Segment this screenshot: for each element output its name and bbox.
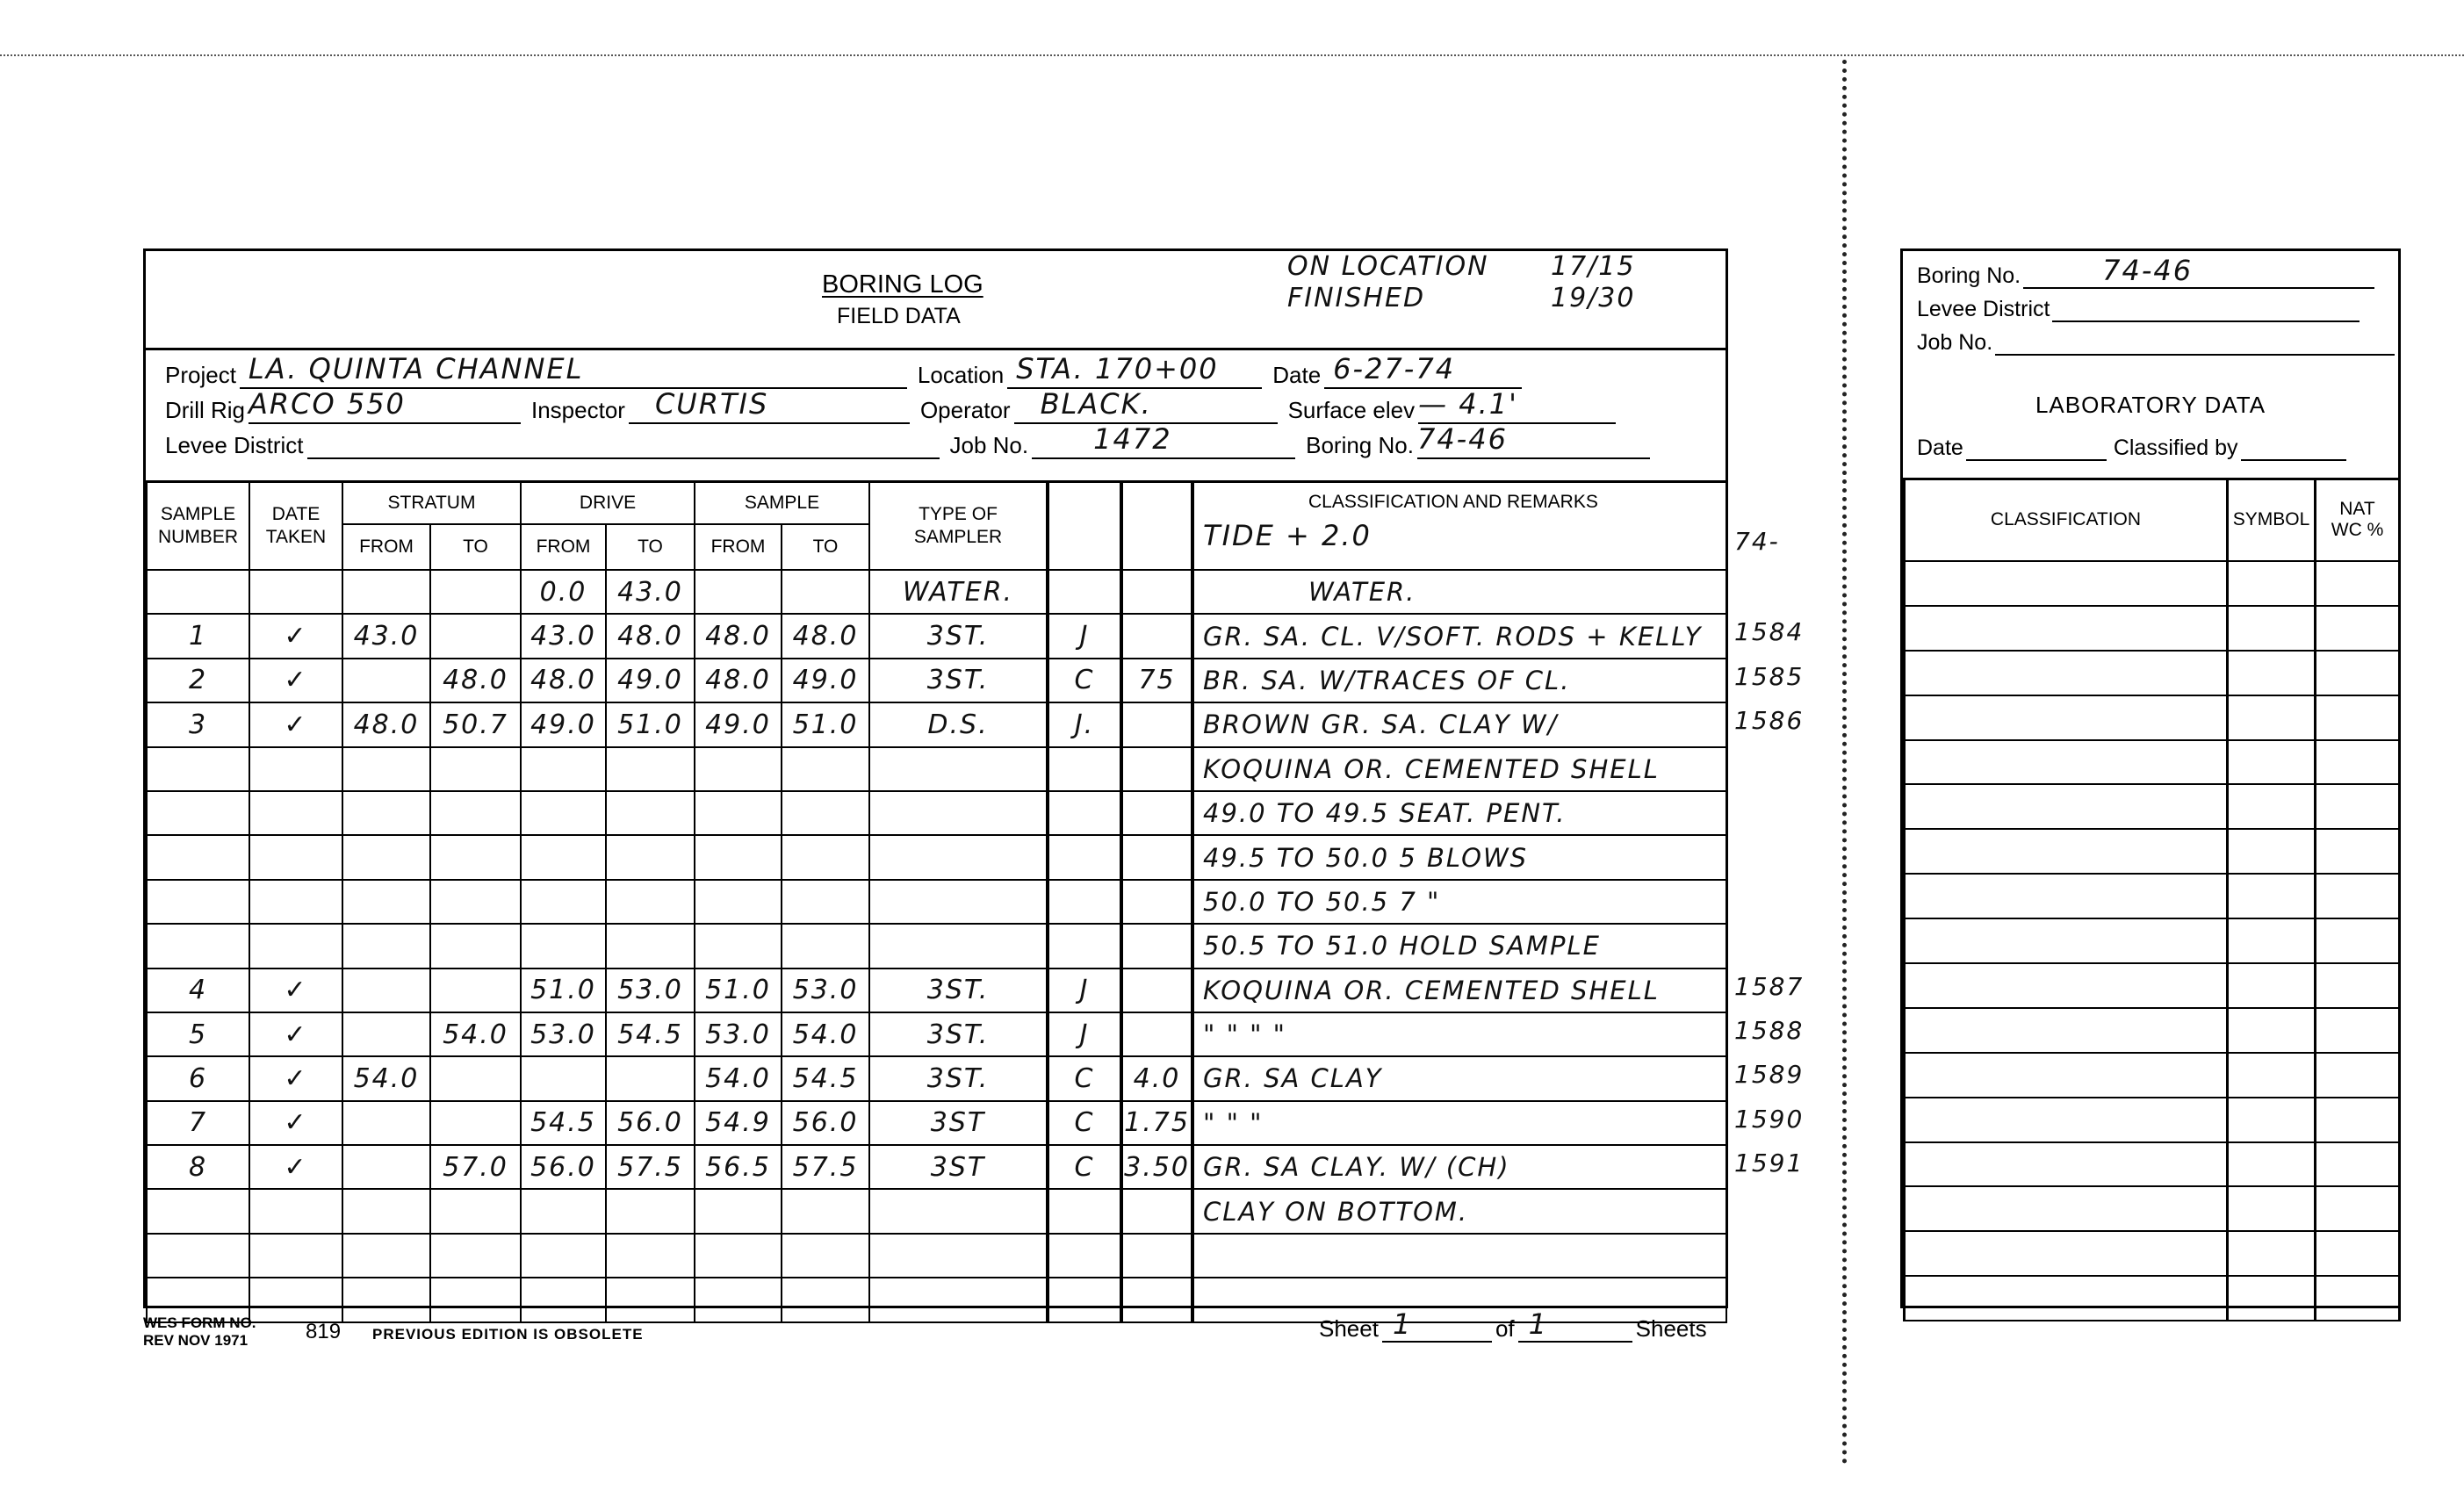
table-row: 8✓57.056.057.556.557.53STC3.50GR. SA CLA… bbox=[147, 1145, 1726, 1189]
cell-sample-number[interactable] bbox=[147, 835, 249, 879]
cell-stratum-to[interactable] bbox=[430, 880, 521, 924]
cell-sampler-type[interactable]: 3ST. bbox=[869, 1012, 1048, 1056]
cell-extra-value[interactable]: 3.50 bbox=[1121, 1145, 1192, 1189]
cell-stratum-to[interactable] bbox=[430, 570, 521, 614]
cell-sample-from[interactable] bbox=[695, 1189, 782, 1233]
lab-table-row bbox=[1905, 918, 2400, 963]
cell-sample-from[interactable] bbox=[695, 1278, 782, 1321]
cell-lab-symbol[interactable] bbox=[2228, 1186, 2316, 1231]
cell-extra-value[interactable] bbox=[1121, 747, 1192, 791]
cell-drive-to[interactable] bbox=[606, 924, 695, 968]
cell-sampler-type[interactable]: 3ST. bbox=[869, 969, 1048, 1012]
cell-date-taken[interactable] bbox=[249, 791, 342, 835]
cell-lab-classification[interactable] bbox=[1905, 829, 2228, 874]
lab-classified-by-field[interactable] bbox=[2241, 436, 2346, 461]
cell-sampler-type[interactable] bbox=[869, 1278, 1048, 1321]
cell-drive-from[interactable]: 51.0 bbox=[521, 969, 606, 1012]
cell-classification-remarks[interactable]: GR. SA. CL. V/SOFT. RODS + KELLY bbox=[1192, 614, 1726, 658]
cell-sampler-type[interactable] bbox=[869, 880, 1048, 924]
job-no-field[interactable]: Job No. 1472 bbox=[950, 429, 1296, 459]
cell-stratum-from[interactable] bbox=[342, 747, 430, 791]
cell-lab-symbol[interactable] bbox=[2228, 1142, 2316, 1187]
cell-lab-classification[interactable] bbox=[1905, 561, 2228, 606]
cell-sample-number[interactable]: 5 bbox=[147, 1012, 249, 1056]
cell-extra-value[interactable]: 1.75 bbox=[1121, 1101, 1192, 1145]
cell-classification-remarks[interactable]: GR. SA CLAY. W/ (CH) bbox=[1192, 1145, 1726, 1189]
cell-sample-from[interactable] bbox=[695, 880, 782, 924]
cell-drive-from[interactable] bbox=[521, 747, 606, 791]
cell-sample-from[interactable] bbox=[695, 835, 782, 879]
cell-sample-number[interactable] bbox=[147, 1234, 249, 1278]
cell-classification-remarks[interactable]: " " " " bbox=[1192, 1012, 1726, 1056]
cell-sample-from[interactable]: 48.0 bbox=[695, 614, 782, 658]
cell-sample-to[interactable] bbox=[782, 570, 869, 614]
cell-stratum-to[interactable] bbox=[430, 969, 521, 1012]
cell-sample-to[interactable] bbox=[782, 924, 869, 968]
cell-stratum-from[interactable]: 54.0 bbox=[342, 1056, 430, 1100]
cell-sampler-code[interactable]: C bbox=[1048, 1101, 1121, 1145]
cell-extra-value[interactable] bbox=[1121, 880, 1192, 924]
cell-drive-to[interactable] bbox=[606, 880, 695, 924]
cell-drive-to[interactable] bbox=[606, 747, 695, 791]
cell-sample-number[interactable] bbox=[147, 791, 249, 835]
cell-lab-classification[interactable] bbox=[1905, 874, 2228, 918]
cell-sample-to[interactable]: 53.0 bbox=[782, 969, 869, 1012]
cell-sample-from[interactable]: 48.0 bbox=[695, 659, 782, 702]
cell-lab-nat-wc[interactable] bbox=[2316, 1231, 2400, 1276]
cell-sample-from[interactable]: 54.0 bbox=[695, 1056, 782, 1100]
cell-date-taken[interactable] bbox=[249, 835, 342, 879]
cell-lab-symbol[interactable] bbox=[2228, 963, 2316, 1008]
cell-sampler-code[interactable] bbox=[1048, 570, 1121, 614]
cell-lab-classification[interactable] bbox=[1905, 1053, 2228, 1098]
cell-lab-symbol[interactable] bbox=[2228, 1008, 2316, 1053]
cell-sampler-type[interactable]: 3ST. bbox=[869, 1056, 1048, 1100]
cell-sample-to[interactable]: 51.0 bbox=[782, 702, 869, 746]
cell-sample-from[interactable] bbox=[695, 924, 782, 968]
lab-classified-by-label: Classified by bbox=[2114, 436, 2238, 461]
cell-drive-from[interactable]: 56.0 bbox=[521, 1145, 606, 1189]
cell-extra-value[interactable] bbox=[1121, 924, 1192, 968]
cell-lab-nat-wc[interactable] bbox=[2316, 1008, 2400, 1053]
sample-id-note: 1584 bbox=[1734, 617, 1804, 646]
cell-stratum-to[interactable]: 54.0 bbox=[430, 1012, 521, 1056]
cell-extra-value[interactable] bbox=[1121, 791, 1192, 835]
cell-stratum-to[interactable] bbox=[430, 835, 521, 879]
cell-lab-symbol[interactable] bbox=[2228, 740, 2316, 785]
cell-drive-from[interactable] bbox=[521, 791, 606, 835]
cell-lab-classification[interactable] bbox=[1905, 740, 2228, 785]
cell-date-taken[interactable] bbox=[249, 1278, 342, 1321]
cell-sample-to[interactable] bbox=[782, 791, 869, 835]
cell-lab-symbol[interactable] bbox=[2228, 1098, 2316, 1142]
cell-sample-number[interactable] bbox=[147, 570, 249, 614]
cell-sampler-type[interactable]: 3ST bbox=[869, 1145, 1048, 1189]
cell-lab-symbol[interactable] bbox=[2228, 695, 2316, 740]
classification-remarks-label: CLASSIFICATION AND REMARKS bbox=[1308, 491, 1598, 514]
cell-lab-nat-wc[interactable] bbox=[2316, 1142, 2400, 1187]
cell-sample-number[interactable] bbox=[147, 924, 249, 968]
cell-drive-from[interactable]: 43.0 bbox=[521, 614, 606, 658]
cell-sample-number[interactable]: 8 bbox=[147, 1145, 249, 1189]
cell-lab-classification[interactable] bbox=[1905, 651, 2228, 695]
cell-drive-from[interactable]: 48.0 bbox=[521, 659, 606, 702]
cell-stratum-from[interactable] bbox=[342, 1012, 430, 1056]
operator-field[interactable]: Operator BLACK. bbox=[920, 394, 1278, 424]
cell-stratum-from[interactable] bbox=[342, 791, 430, 835]
cell-sample-from[interactable]: 56.5 bbox=[695, 1145, 782, 1189]
cell-sampler-code[interactable]: C bbox=[1048, 659, 1121, 702]
cell-lab-classification[interactable] bbox=[1905, 606, 2228, 651]
cell-lab-nat-wc[interactable] bbox=[2316, 1098, 2400, 1142]
lab-job-no-field[interactable]: Job No. bbox=[1917, 330, 2395, 356]
cell-lab-symbol[interactable] bbox=[2228, 1276, 2316, 1321]
inspector-label: Inspector bbox=[531, 397, 625, 424]
cell-sample-to[interactable] bbox=[782, 1234, 869, 1278]
cell-sample-number[interactable]: 6 bbox=[147, 1056, 249, 1100]
cell-stratum-to[interactable] bbox=[430, 1101, 521, 1145]
col-date-taken: DATE TAKEN bbox=[249, 481, 342, 570]
cell-sample-from[interactable]: 54.9 bbox=[695, 1101, 782, 1145]
cell-lab-classification[interactable] bbox=[1905, 918, 2228, 963]
date-field[interactable]: Date 6-27-74 bbox=[1272, 359, 1522, 389]
cell-stratum-from[interactable] bbox=[342, 1234, 430, 1278]
cell-stratum-from[interactable] bbox=[342, 659, 430, 702]
cell-sampler-code[interactable]: J. bbox=[1048, 702, 1121, 746]
levee-district-field[interactable]: Levee District bbox=[165, 429, 940, 459]
levee-district-label: Levee District bbox=[165, 432, 304, 459]
cell-stratum-from[interactable]: 48.0 bbox=[342, 702, 430, 746]
cell-lab-classification[interactable] bbox=[1905, 1098, 2228, 1142]
cell-lab-symbol[interactable] bbox=[2228, 606, 2316, 651]
cell-sample-number[interactable]: 4 bbox=[147, 969, 249, 1012]
cell-stratum-from[interactable] bbox=[342, 835, 430, 879]
cell-stratum-from[interactable] bbox=[342, 1189, 430, 1233]
cell-stratum-to[interactable] bbox=[430, 1278, 521, 1321]
cell-sampler-code[interactable] bbox=[1048, 1234, 1121, 1278]
cell-date-taken[interactable] bbox=[249, 880, 342, 924]
cell-sampler-code[interactable] bbox=[1048, 791, 1121, 835]
cell-classification-remarks[interactable]: GR. SA CLAY bbox=[1192, 1056, 1726, 1100]
cell-lab-nat-wc[interactable] bbox=[2316, 1186, 2400, 1231]
cell-lab-symbol[interactable] bbox=[2228, 829, 2316, 874]
cell-lab-nat-wc[interactable] bbox=[2316, 561, 2400, 606]
cell-sample-number[interactable] bbox=[147, 880, 249, 924]
cell-sample-to[interactable] bbox=[782, 1278, 869, 1321]
lab-date-field[interactable] bbox=[1966, 436, 2107, 461]
cell-sample-number[interactable] bbox=[147, 747, 249, 791]
cell-stratum-to[interactable] bbox=[430, 1234, 521, 1278]
operator-value: BLACK. bbox=[1041, 387, 1152, 421]
cell-sample-number[interactable]: 3 bbox=[147, 702, 249, 746]
cell-classification-remarks[interactable]: 49.5 TO 50.0 5 BLOWS bbox=[1192, 835, 1726, 879]
cell-lab-classification[interactable] bbox=[1905, 963, 2228, 1008]
cell-sample-from[interactable]: 51.0 bbox=[695, 969, 782, 1012]
cell-date-taken[interactable]: ✓ bbox=[249, 1101, 342, 1145]
cell-extra-value[interactable] bbox=[1121, 1189, 1192, 1233]
cell-sampler-type[interactable]: WATER. bbox=[869, 570, 1048, 614]
boring-no-label: Boring No. bbox=[1306, 432, 1414, 459]
cell-date-taken[interactable]: ✓ bbox=[249, 969, 342, 1012]
cell-drive-from[interactable]: 54.5 bbox=[521, 1101, 606, 1145]
form-no-label: WES FORM NO. bbox=[143, 1314, 256, 1332]
cell-sampler-code[interactable] bbox=[1048, 835, 1121, 879]
cell-date-taken[interactable] bbox=[249, 924, 342, 968]
cell-drive-to[interactable]: 43.0 bbox=[606, 570, 695, 614]
cell-extra-value[interactable]: 75 bbox=[1121, 659, 1192, 702]
cell-sampler-code[interactable]: J bbox=[1048, 614, 1121, 658]
cell-sample-from[interactable] bbox=[695, 747, 782, 791]
cell-sample-number[interactable]: 2 bbox=[147, 659, 249, 702]
cell-drive-to[interactable]: 54.5 bbox=[606, 1012, 695, 1056]
col-type-of-sampler: TYPE OF SAMPLER bbox=[869, 481, 1048, 570]
cell-sample-from[interactable] bbox=[695, 791, 782, 835]
date-label: Date bbox=[1272, 362, 1321, 389]
boring-no-field[interactable]: Boring No. 74-46 bbox=[1306, 429, 1650, 459]
cell-sample-number[interactable]: 7 bbox=[147, 1101, 249, 1145]
cell-extra-value[interactable] bbox=[1121, 614, 1192, 658]
cell-drive-to[interactable]: 57.5 bbox=[606, 1145, 695, 1189]
cell-extra-value[interactable] bbox=[1121, 835, 1192, 879]
cell-stratum-to[interactable] bbox=[430, 747, 521, 791]
cell-sampler-code[interactable]: C bbox=[1048, 1145, 1121, 1189]
cell-drive-from[interactable] bbox=[521, 1189, 606, 1233]
cell-sampler-type[interactable]: 3ST. bbox=[869, 659, 1048, 702]
total-sheets-value[interactable]: 1 bbox=[1529, 1307, 1548, 1341]
cell-extra-value[interactable] bbox=[1121, 1278, 1192, 1321]
cell-extra-value[interactable] bbox=[1121, 1012, 1192, 1056]
lab-boring-no-label: Boring No. bbox=[1917, 263, 2021, 289]
cell-sampler-type[interactable]: 3ST. bbox=[869, 614, 1048, 658]
cell-lab-symbol[interactable] bbox=[2228, 1053, 2316, 1098]
cell-lab-classification[interactable] bbox=[1905, 695, 2228, 740]
cell-drive-to[interactable]: 56.0 bbox=[606, 1101, 695, 1145]
cell-drive-to[interactable] bbox=[606, 791, 695, 835]
cell-date-taken[interactable]: ✓ bbox=[249, 1145, 342, 1189]
cell-stratum-to[interactable]: 48.0 bbox=[430, 659, 521, 702]
cell-lab-nat-wc[interactable] bbox=[2316, 606, 2400, 651]
cell-stratum-to[interactable] bbox=[430, 791, 521, 835]
cell-sample-to[interactable] bbox=[782, 1189, 869, 1233]
cell-sample-number[interactable]: 1 bbox=[147, 614, 249, 658]
cell-stratum-from[interactable] bbox=[342, 924, 430, 968]
lab-job-no-label: Job No. bbox=[1917, 330, 1992, 356]
cell-sample-to[interactable] bbox=[782, 835, 869, 879]
cell-lab-nat-wc[interactable] bbox=[2316, 695, 2400, 740]
cell-classification-remarks[interactable]: 50.5 TO 51.0 HOLD SAMPLE bbox=[1192, 924, 1726, 968]
cell-classification-remarks[interactable]: KOQUINA OR. CEMENTED SHELL bbox=[1192, 969, 1726, 1012]
cell-sample-to[interactable]: 48.0 bbox=[782, 614, 869, 658]
cell-lab-symbol[interactable] bbox=[2228, 874, 2316, 918]
cell-sample-to[interactable]: 57.5 bbox=[782, 1145, 869, 1189]
cell-lab-nat-wc[interactable] bbox=[2316, 784, 2400, 829]
cell-stratum-to[interactable] bbox=[430, 924, 521, 968]
finished-time: 19/30 bbox=[1551, 283, 1635, 314]
cell-classification-remarks[interactable]: KOQUINA OR. CEMENTED SHELL bbox=[1192, 747, 1726, 791]
cell-stratum-to[interactable] bbox=[430, 1189, 521, 1233]
cell-drive-from[interactable]: 53.0 bbox=[521, 1012, 606, 1056]
cell-stratum-from[interactable]: 43.0 bbox=[342, 614, 430, 658]
on-location-time: 17/15 bbox=[1551, 251, 1635, 283]
project-label: Project bbox=[165, 362, 236, 389]
cell-extra-value[interactable] bbox=[1121, 969, 1192, 1012]
cell-sample-to[interactable] bbox=[782, 880, 869, 924]
cell-stratum-from[interactable] bbox=[342, 1101, 430, 1145]
project-field[interactable]: Project LA. QUINTA CHANNEL bbox=[165, 359, 907, 389]
cell-sampler-code[interactable]: C bbox=[1048, 1056, 1121, 1100]
cell-drive-to[interactable] bbox=[606, 1278, 695, 1321]
cell-stratum-from[interactable] bbox=[342, 969, 430, 1012]
cell-lab-symbol[interactable] bbox=[2228, 918, 2316, 963]
cell-sampler-code[interactable]: J bbox=[1048, 969, 1121, 1012]
cell-drive-from[interactable] bbox=[521, 1056, 606, 1100]
cell-sampler-type[interactable] bbox=[869, 747, 1048, 791]
cell-sample-to[interactable]: 49.0 bbox=[782, 659, 869, 702]
cell-stratum-to[interactable]: 57.0 bbox=[430, 1145, 521, 1189]
cell-drive-from[interactable] bbox=[521, 1234, 606, 1278]
cell-classification-remarks[interactable]: CLAY ON BOTTOM. bbox=[1192, 1189, 1726, 1233]
cell-date-taken[interactable] bbox=[249, 570, 342, 614]
cell-lab-classification[interactable] bbox=[1905, 1276, 2228, 1321]
cell-sample-number[interactable] bbox=[147, 1189, 249, 1233]
cell-lab-classification[interactable] bbox=[1905, 1142, 2228, 1187]
cell-sampler-type[interactable] bbox=[869, 924, 1048, 968]
table-row: 3✓48.050.749.051.049.051.0D.S.J.BROWN GR… bbox=[147, 702, 1726, 746]
cell-sampler-code[interactable]: J bbox=[1048, 1012, 1121, 1056]
inspector-value: CURTIS bbox=[655, 387, 768, 421]
cell-stratum-from[interactable] bbox=[342, 570, 430, 614]
drill-rig-field[interactable]: Drill Rig ARCO 550 bbox=[165, 394, 521, 424]
cell-drive-from[interactable] bbox=[521, 1278, 606, 1321]
cell-lab-symbol[interactable] bbox=[2228, 651, 2316, 695]
cell-drive-to[interactable] bbox=[606, 1234, 695, 1278]
cell-classification-remarks[interactable]: 50.0 TO 50.5 7 " bbox=[1192, 880, 1726, 924]
cell-lab-classification[interactable] bbox=[1905, 784, 2228, 829]
cell-drive-from[interactable] bbox=[521, 880, 606, 924]
sample-id-note: 1586 bbox=[1734, 706, 1804, 735]
cell-lab-symbol[interactable] bbox=[2228, 561, 2316, 606]
sample-id-note: 1589 bbox=[1734, 1060, 1804, 1089]
cell-classification-remarks[interactable]: " " " bbox=[1192, 1101, 1726, 1145]
location-field[interactable]: Location STA. 170+00 bbox=[918, 359, 1262, 389]
cell-drive-from[interactable] bbox=[521, 924, 606, 968]
cell-drive-from[interactable]: 0.0 bbox=[521, 570, 606, 614]
cell-extra-value[interactable] bbox=[1121, 570, 1192, 614]
cell-lab-nat-wc[interactable] bbox=[2316, 874, 2400, 918]
cell-lab-symbol[interactable] bbox=[2228, 784, 2316, 829]
cell-stratum-to[interactable] bbox=[430, 614, 521, 658]
cell-lab-classification[interactable] bbox=[1905, 1186, 2228, 1231]
cell-lab-nat-wc[interactable] bbox=[2316, 829, 2400, 874]
cell-sample-from[interactable]: 49.0 bbox=[695, 702, 782, 746]
cell-sample-to[interactable]: 56.0 bbox=[782, 1101, 869, 1145]
cell-lab-classification[interactable] bbox=[1905, 1008, 2228, 1053]
cell-classification-remarks[interactable]: BROWN GR. SA. CLAY W/ bbox=[1192, 702, 1726, 746]
cell-sampler-code[interactable] bbox=[1048, 1278, 1121, 1321]
job-no-value: 1472 bbox=[1093, 422, 1171, 456]
cell-stratum-to[interactable] bbox=[430, 1056, 521, 1100]
cell-stratum-from[interactable] bbox=[342, 1278, 430, 1321]
cell-lab-nat-wc[interactable] bbox=[2316, 918, 2400, 963]
cell-sampler-type[interactable] bbox=[869, 1234, 1048, 1278]
cell-sampler-code[interactable] bbox=[1048, 880, 1121, 924]
lab-table-row bbox=[1905, 1053, 2400, 1098]
cell-date-taken[interactable] bbox=[249, 1234, 342, 1278]
cell-date-taken[interactable]: ✓ bbox=[249, 1012, 342, 1056]
cell-classification-remarks[interactable]: WATER. bbox=[1192, 570, 1726, 614]
cell-drive-to[interactable]: 53.0 bbox=[606, 969, 695, 1012]
sheet-value[interactable]: 1 bbox=[1393, 1307, 1412, 1341]
cell-date-taken[interactable] bbox=[249, 747, 342, 791]
surface-elev-field[interactable]: Surface elev — 4.1' bbox=[1288, 394, 1617, 424]
cell-sample-to[interactable]: 54.5 bbox=[782, 1056, 869, 1100]
cell-stratum-from[interactable] bbox=[342, 1145, 430, 1189]
cell-sampler-type[interactable] bbox=[869, 1189, 1048, 1233]
cell-classification-remarks[interactable]: 49.0 TO 49.5 SEAT. PENT. bbox=[1192, 791, 1726, 835]
col-sample-to: TO bbox=[782, 524, 869, 570]
cell-sample-to[interactable]: 54.0 bbox=[782, 1012, 869, 1056]
cell-extra-value[interactable] bbox=[1121, 702, 1192, 746]
cell-sample-to[interactable] bbox=[782, 747, 869, 791]
cell-lab-nat-wc[interactable] bbox=[2316, 651, 2400, 695]
boring-no-value: 74-46 bbox=[1417, 422, 1508, 456]
cell-date-taken[interactable]: ✓ bbox=[249, 1056, 342, 1100]
cell-lab-nat-wc[interactable] bbox=[2316, 1276, 2400, 1321]
cell-drive-from[interactable] bbox=[521, 835, 606, 879]
cell-sampler-type[interactable]: D.S. bbox=[869, 702, 1048, 746]
cell-drive-to[interactable]: 49.0 bbox=[606, 659, 695, 702]
form-subtitle: FIELD DATA bbox=[837, 304, 961, 329]
obsolete-notice: PREVIOUS EDITION IS OBSOLETE bbox=[372, 1326, 644, 1343]
cell-drive-to[interactable] bbox=[606, 1189, 695, 1233]
cell-drive-to[interactable] bbox=[606, 835, 695, 879]
cell-date-taken[interactable]: ✓ bbox=[249, 659, 342, 702]
cell-date-taken[interactable] bbox=[249, 1189, 342, 1233]
cell-sampler-code[interactable] bbox=[1048, 747, 1121, 791]
cell-lab-classification[interactable] bbox=[1905, 1231, 2228, 1276]
cell-sample-from[interactable]: 53.0 bbox=[695, 1012, 782, 1056]
table-row: 50.5 TO 51.0 HOLD SAMPLE bbox=[147, 924, 1726, 968]
cell-stratum-from[interactable] bbox=[342, 880, 430, 924]
lab-levee-district-field[interactable]: Levee District bbox=[1917, 297, 2360, 322]
cell-lab-symbol[interactable] bbox=[2228, 1231, 2316, 1276]
cell-classification-remarks[interactable]: BR. SA. W/TRACES OF CL. bbox=[1192, 659, 1726, 702]
cell-sampler-type[interactable] bbox=[869, 791, 1048, 835]
cell-sampler-code[interactable] bbox=[1048, 924, 1121, 968]
cell-drive-to[interactable] bbox=[606, 1056, 695, 1100]
cell-drive-from[interactable]: 49.0 bbox=[521, 702, 606, 746]
cell-drive-to[interactable]: 51.0 bbox=[606, 702, 695, 746]
cell-sampler-type[interactable]: 3ST bbox=[869, 1101, 1048, 1145]
cell-lab-nat-wc[interactable] bbox=[2316, 963, 2400, 1008]
cell-extra-value[interactable] bbox=[1121, 1234, 1192, 1278]
cell-lab-nat-wc[interactable] bbox=[2316, 740, 2400, 785]
cell-sampler-code[interactable] bbox=[1048, 1189, 1121, 1233]
cell-sampler-type[interactable] bbox=[869, 835, 1048, 879]
cell-sample-from[interactable] bbox=[695, 570, 782, 614]
inspector-field[interactable]: Inspector CURTIS bbox=[531, 394, 910, 424]
col-extra-1 bbox=[1048, 481, 1121, 570]
cell-date-taken[interactable]: ✓ bbox=[249, 702, 342, 746]
cell-extra-value[interactable]: 4.0 bbox=[1121, 1056, 1192, 1100]
cell-date-taken[interactable]: ✓ bbox=[249, 614, 342, 658]
cell-stratum-to[interactable]: 50.7 bbox=[430, 702, 521, 746]
cell-sample-from[interactable] bbox=[695, 1234, 782, 1278]
cell-drive-to[interactable]: 48.0 bbox=[606, 614, 695, 658]
cell-classification-remarks[interactable] bbox=[1192, 1234, 1726, 1278]
lab-boring-no-field[interactable]: Boring No. 74-46 bbox=[1917, 263, 2374, 289]
cell-lab-nat-wc[interactable] bbox=[2316, 1053, 2400, 1098]
